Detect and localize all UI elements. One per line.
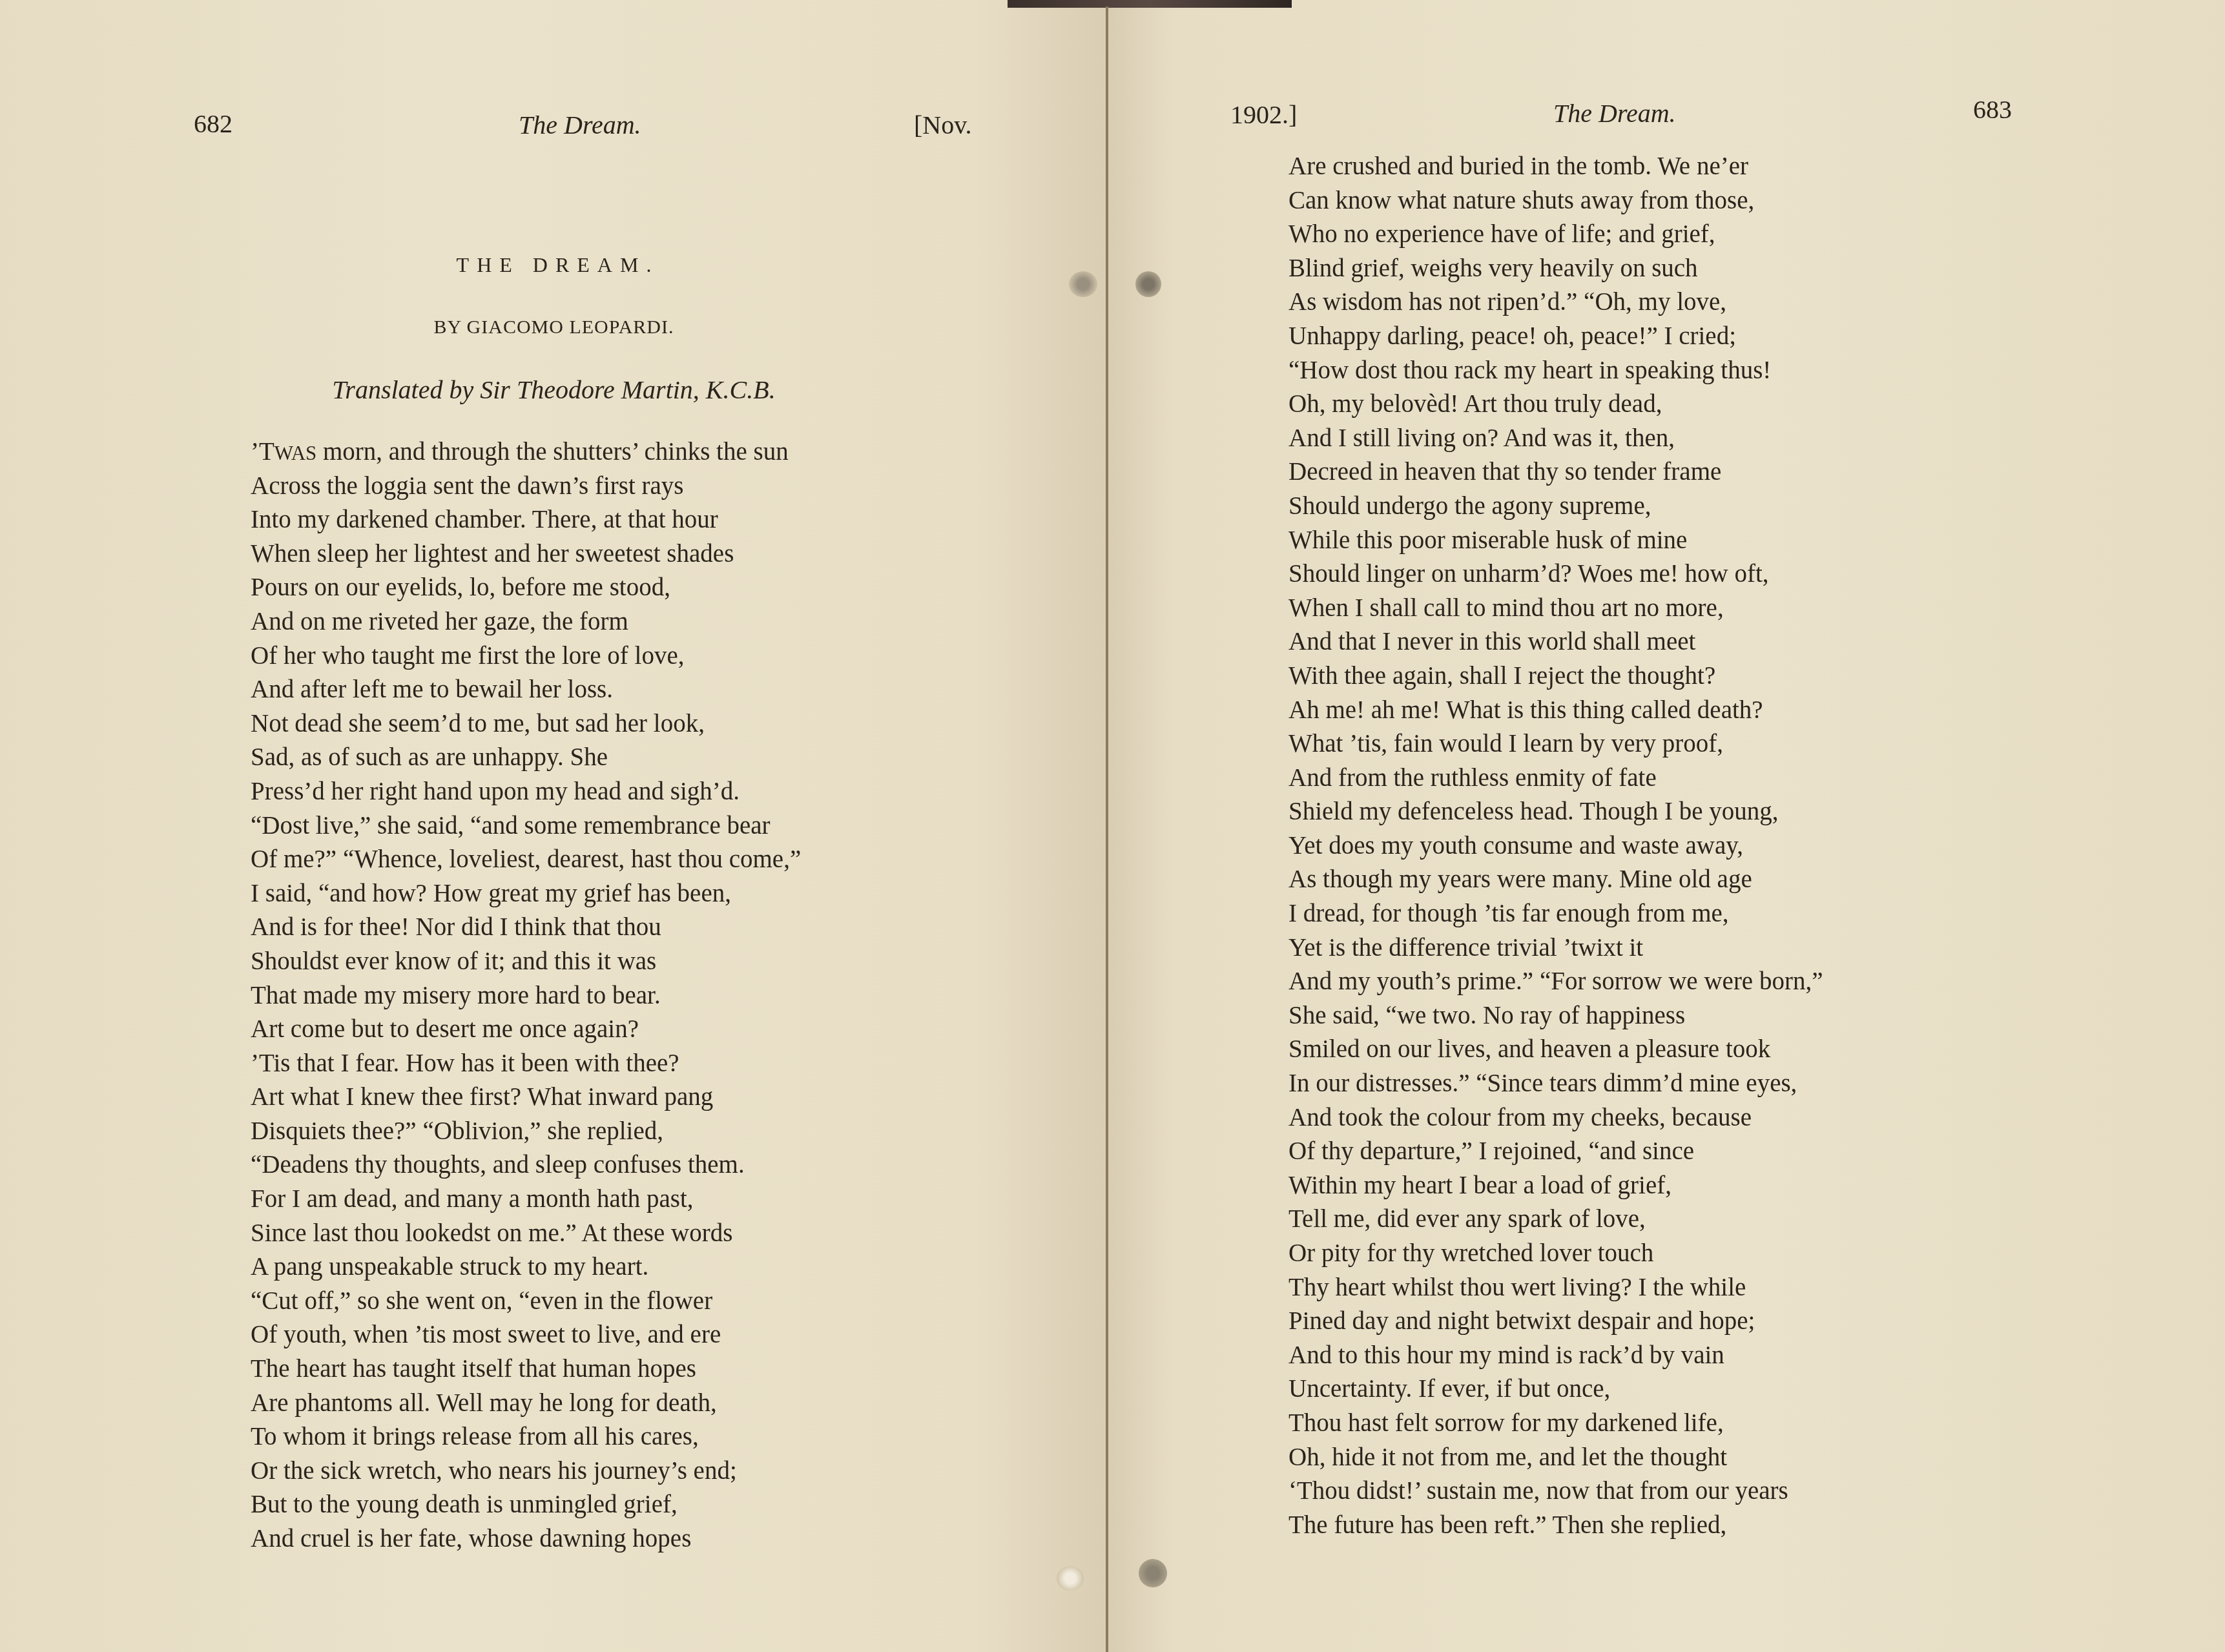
poem-line: Within my heart I bear a load of grief, bbox=[1288, 1169, 1823, 1203]
poem-line: Who no experience have of life; and grie… bbox=[1288, 218, 1823, 252]
poem-line: And that I never in this world shall mee… bbox=[1288, 625, 1823, 659]
poem-line: Art what I knew thee first? What inward … bbox=[251, 1080, 801, 1115]
poem-line: Thy heart whilst thou wert living? I the… bbox=[1288, 1271, 1823, 1305]
poem-line: A pang unspeakable struck to my heart. bbox=[251, 1250, 801, 1285]
poem-line: I said, “and how? How great my grief has… bbox=[251, 877, 801, 911]
binding-hole bbox=[1057, 1566, 1084, 1591]
poem-line: Yet is the difference trivial ’twixt it bbox=[1288, 931, 1823, 965]
poem-line: Smiled on our lives, and heaven a pleasu… bbox=[1288, 1033, 1823, 1067]
poem-line: Blind grief, weighs very heavily on such bbox=[1288, 252, 1823, 286]
poem-line: While this poor miserable husk of mine bbox=[1288, 524, 1823, 558]
poem-line: And on me riveted her gaze, the form bbox=[251, 605, 801, 639]
poem-line: “Cut off,” so she went on, “even in the … bbox=[251, 1285, 801, 1319]
poem-line: Shouldst ever know of it; and this it wa… bbox=[251, 945, 801, 979]
poem-line: The future has been reft.” Then she repl… bbox=[1288, 1509, 1823, 1543]
poem-line: Across the loggia sent the dawn’s first … bbox=[251, 470, 801, 504]
drop-cap: ’T bbox=[251, 438, 274, 466]
poem-line: She said, “we two. No ray of happiness bbox=[1288, 999, 1823, 1033]
poem-author: BY GIACOMO LEOPARDI. bbox=[0, 316, 1108, 338]
poem-line: Oh, hide it not from me, and let the tho… bbox=[1288, 1441, 1823, 1475]
right-date-mark: 1902.] bbox=[1230, 102, 1297, 128]
poem-line: And is for thee! Nor did I think that th… bbox=[251, 911, 801, 945]
poem-line: ‘Thou didst!’ sustain me, now that from … bbox=[1288, 1474, 1823, 1509]
poem-line: ’Tis that I fear. How has it been with t… bbox=[251, 1047, 801, 1081]
poem-line: Or the sick wretch, who nears his journe… bbox=[251, 1454, 801, 1489]
poem-line: Shield my defenceless head. Though I be … bbox=[1288, 795, 1823, 829]
poem-line: Of me?” “Whence, loveliest, dearest, has… bbox=[251, 843, 801, 877]
poem-line: Oh, my belovèd! Art thou truly dead, bbox=[1288, 387, 1823, 422]
binding-hole bbox=[1135, 271, 1161, 297]
poem-line: And to this hour my mind is rack’d by va… bbox=[1288, 1339, 1823, 1373]
poem-title: THE DREAM. bbox=[0, 253, 1108, 277]
poem-line: And took the colour from my cheeks, beca… bbox=[1288, 1101, 1823, 1135]
poem-line: For I am dead, and many a month hath pas… bbox=[251, 1182, 801, 1217]
poem-line: Should linger on unharm’d? Woes me! how … bbox=[1288, 557, 1823, 592]
poem-line: But to the young death is unmingled grie… bbox=[251, 1488, 801, 1522]
poem-line: And cruel is her fate, whose dawning hop… bbox=[251, 1522, 801, 1556]
poem-line: ’TWAS morn, and through the shutters’ ch… bbox=[251, 435, 801, 470]
poem-line: Ah me! ah me! What is this thing called … bbox=[1288, 694, 1823, 728]
poem-line: That made my misery more hard to bear. bbox=[251, 979, 801, 1013]
poem-line: Of thy departure,” I rejoined, “and sinc… bbox=[1288, 1135, 1823, 1169]
poem-line: Of her who taught me first the lore of l… bbox=[251, 639, 801, 674]
poem-line: Are phantoms all. Well may he long for d… bbox=[251, 1387, 801, 1421]
left-page-number: 682 bbox=[194, 111, 233, 137]
poem-line: In our distresses.” “Since tears dimm’d … bbox=[1288, 1067, 1823, 1101]
left-poem-text: ’TWAS morn, and through the shutters’ ch… bbox=[251, 435, 801, 1556]
poem-line: I dread, for though ’tis far enough from… bbox=[1288, 897, 1823, 931]
small-caps-word: WAS bbox=[274, 442, 316, 464]
poem-line: And my youth’s prime.” “For sorrow we we… bbox=[1288, 965, 1823, 999]
poem-line: When I shall call to mind thou art no mo… bbox=[1288, 592, 1823, 626]
poem-line: Not dead she seem’d to me, but sad her l… bbox=[251, 707, 801, 741]
poem-line: “How dost thou rack my heart in speaking… bbox=[1288, 354, 1823, 388]
poem-line: What ’tis, fain would I learn by very pr… bbox=[1288, 727, 1823, 761]
poem-line: To whom it brings release from all his c… bbox=[251, 1420, 801, 1454]
poem-line: Yet does my youth consume and waste away… bbox=[1288, 829, 1823, 863]
poem-line: Art come but to desert me once again? bbox=[251, 1013, 801, 1047]
poem-line: Pours on our eyelids, lo, before me stoo… bbox=[251, 571, 801, 605]
poem-line: “Deadens thy thoughts, and sleep confuse… bbox=[251, 1148, 801, 1182]
poem-line: Of youth, when ’tis most sweet to live, … bbox=[251, 1318, 801, 1352]
right-page-number: 683 bbox=[1973, 97, 2012, 123]
poem-line: Since last thou lookedst on me.” At thes… bbox=[251, 1217, 801, 1251]
poem-line: Are crushed and buried in the tomb. We n… bbox=[1288, 150, 1823, 184]
binding-hole bbox=[1139, 1559, 1167, 1587]
poem-line: And after left me to bewail her loss. bbox=[251, 673, 801, 707]
poem-line: Tell me, did ever any spark of love, bbox=[1288, 1203, 1823, 1237]
poem-line: Disquiets thee?” “Oblivion,” she replied… bbox=[251, 1115, 801, 1149]
poem-line: Sad, as of such as are unhappy. She bbox=[251, 741, 801, 775]
poem-line: And I still living on? And was it, then, bbox=[1288, 422, 1823, 456]
poem-line: As though my years were many. Mine old a… bbox=[1288, 863, 1823, 897]
poem-line: With thee again, shall I reject the thou… bbox=[1288, 659, 1823, 694]
poem-line: Or pity for thy wretched lover touch bbox=[1288, 1237, 1823, 1271]
poem-line: Into my darkened chamber. There, at that… bbox=[251, 503, 801, 537]
book-cover-edge bbox=[1008, 0, 1292, 8]
right-running-head: The Dream. bbox=[1553, 101, 1676, 127]
poem-line: Press’d her right hand upon my head and … bbox=[251, 775, 801, 809]
poem-line: Can know what nature shuts away from tho… bbox=[1288, 184, 1823, 218]
left-running-head: The Dream. bbox=[519, 112, 641, 138]
right-poem-text: Are crushed and buried in the tomb. We n… bbox=[1288, 150, 1823, 1542]
poem-line: The heart has taught itself that human h… bbox=[251, 1352, 801, 1387]
poem-line: Pined day and night betwixt despair and … bbox=[1288, 1305, 1823, 1339]
poem-translator: Translated by Sir Theodore Martin, K.C.B… bbox=[0, 375, 1108, 405]
poem-line: “Dost live,” she said, “and some remembr… bbox=[251, 809, 801, 843]
poem-line: As wisdom has not ripen’d.” “Oh, my love… bbox=[1288, 285, 1823, 320]
poem-line: Decreed in heaven that thy so tender fra… bbox=[1288, 455, 1823, 490]
poem-line: Should undergo the agony supreme, bbox=[1288, 490, 1823, 524]
poem-line: When sleep her lightest and her sweetest… bbox=[251, 537, 801, 572]
poem-line: Uncertainty. If ever, if but once, bbox=[1288, 1372, 1823, 1407]
poem-line: And from the ruthless enmity of fate bbox=[1288, 761, 1823, 796]
left-date-mark: [Nov. bbox=[914, 112, 972, 138]
poem-line: Unhappy darling, peace! oh, peace!” I cr… bbox=[1288, 320, 1823, 354]
poem-line: Thou hast felt sorrow for my darkened li… bbox=[1288, 1407, 1823, 1441]
